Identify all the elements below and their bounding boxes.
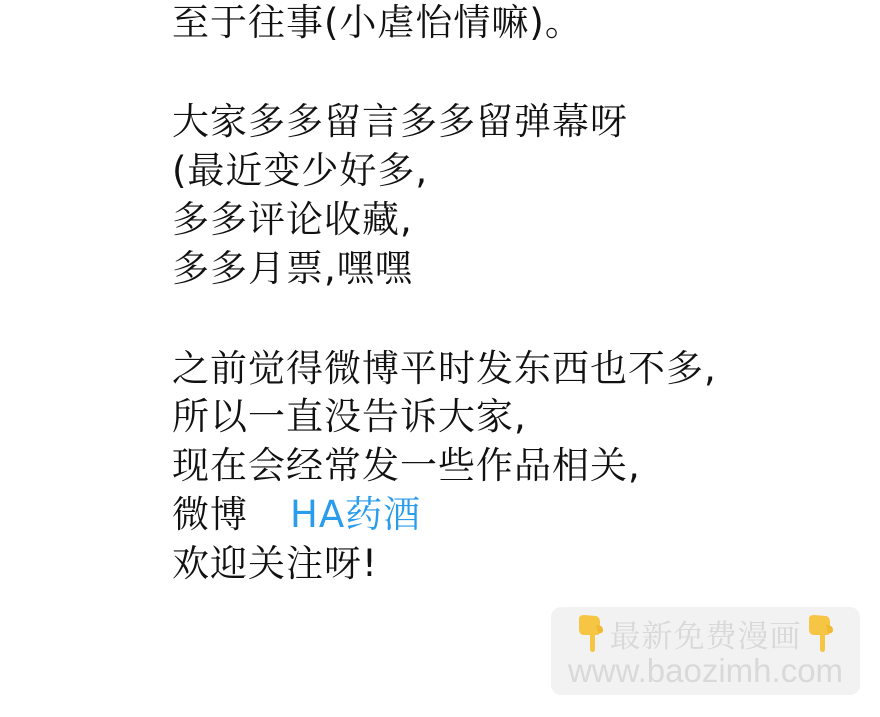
watermark-url: www.baozimh.com (551, 651, 860, 691)
weibo-label: 微博 (172, 493, 248, 536)
text-line-7: 所以一直没告诉大家, (172, 394, 527, 440)
text-line-6: 之前觉得微博平时发东西也不多, (172, 346, 717, 392)
weibo-line: 微博HA药酒 (172, 492, 421, 538)
text-line-1: 至于往事(小虐怡情嘛)。 (172, 0, 583, 46)
weibo-handle: HA药酒 (290, 493, 421, 536)
text-line-5: 多多月票,嘿嘿 (172, 246, 413, 292)
watermark-title: 最新免费漫画 (610, 611, 802, 656)
pointing-down-hand-icon (576, 613, 606, 653)
text-line-2: 大家多多留言多多留弹幕呀 (172, 99, 628, 145)
pointing-down-hand-icon (806, 613, 836, 653)
text-line-4: 多多评论收藏, (172, 197, 413, 243)
text-line-3: (最近变少好多, (172, 148, 428, 194)
text-line-10: 欢迎关注呀! (172, 541, 378, 587)
watermark-title-row: 最新免费漫画 (551, 613, 860, 653)
site-watermark: 最新免费漫画 www.baozimh.com (551, 607, 860, 695)
text-line-8: 现在会经常发一些作品相关, (172, 443, 641, 489)
comic-page: 至于往事(小虐怡情嘛)。 大家多多留言多多留弹幕呀 (最近变少好多, 多多评论收… (0, 0, 880, 717)
